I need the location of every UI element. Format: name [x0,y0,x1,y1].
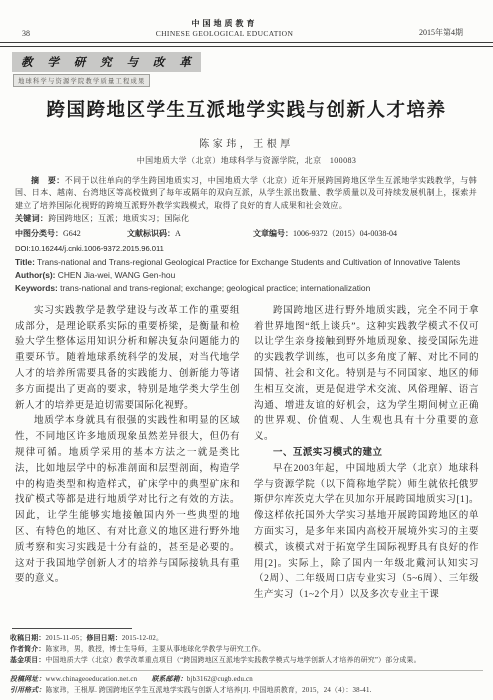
fund-text: 中国地质大学（北京）教学改革重点项目（“跨国跨地区互派地学实践教学模式与地学创新… [45,657,420,664]
fund-label: 基金项目： [10,657,45,664]
doc-code-value: A [175,229,181,238]
footnote-rule [10,670,483,671]
left-column: 实习实践教学是教学建设与改革工作的重要组成部分，是理论联系实际的重要桥梁，是衡量… [15,304,240,604]
issue-label: 2015年第4期 [419,27,463,38]
footnote-author-bio: 作者简介：陈家玮，男，教授，博士生导师，主要从事地球化学教学与研究工作。 [10,644,483,655]
email-label: 联系邮箱： [151,676,186,683]
article-no-label: 文章编号： [253,229,293,238]
journal-title-en: CHINESE GEOLOGICAL EDUCATION [156,29,294,38]
en-title-label: Title: [15,257,35,267]
citation-label: 引用格式： [10,687,45,694]
article-body: 实习实践教学是教学建设与改革工作的重要组成部分，是理论联系实际的重要桥梁，是衡量… [0,304,493,604]
en-title-line: Title: Trans-national and Trans-regional… [15,256,477,269]
footnote-divider [12,628,132,629]
english-meta-block: Title: Trans-national and Trans-regional… [15,256,477,295]
doc-code-label: 文献标识码： [127,229,175,238]
article-no-pair: 文章编号：1006-9372（2015）04-0038-04 [253,228,397,240]
keywords-label: 关键词： [15,214,48,223]
affiliation-line: 中国地质大学（北京）地球科学与资源学院，北京 100083 [0,155,493,166]
right-column: 跨国跨地区进行野外地质实践，完全不同于拿着世界地图“纸上谈兵”。这种实践教学模式… [254,304,479,604]
footnote-block: 收稿日期：2015-11-05；修回日期：2015-12-02。 作者简介：陈家… [0,628,493,696]
abstract-label: 摘 要： [31,176,65,185]
received-date: 2015-11-05； [45,635,86,642]
website-label: 投稿网址： [10,676,45,683]
journal-title: 中国地质教育 CHINESE GEOLOGICAL EDUCATION [156,19,294,38]
en-keywords-text: trans-national and trans-regional; excha… [60,283,370,293]
keywords-text: 跨国跨地区；互派；地质实习；国际化 [48,214,189,223]
citation-text: 陈家玮，王根厚. 跨国跨地区学生互派地学实践与创新人才培养[J]. 中国地质教育… [45,687,371,694]
footnote-dates: 收稿日期：2015-11-05；修回日期：2015-12-02。 [10,633,483,644]
paper-page: 38 中国地质教育 CHINESE GEOLOGICAL EDUCATION 2… [0,0,493,700]
body-paragraph-3: 跨国跨地区进行野外地质实践，完全不同于拿着世界地图“纸上谈兵”。这种实践教学模式… [254,304,479,446]
clc-label: 中图分类号： [15,229,63,238]
body-paragraph-2: 地质学本身就具有很强的实践性和明显的区域性，不同地区许多地质现象虽然差异很大，但… [15,414,240,588]
clc-value: G642 [63,229,81,238]
bio-label: 作者简介： [10,646,45,653]
authors-line: 陈家玮，王根厚 [0,135,493,150]
page-number: 38 [22,29,30,38]
bio-text: 陈家玮，男，教授，博士生导师，主要从事地球化学教学与研究工作。 [45,646,265,653]
en-authors-text: CHEN Jia-wei, WANG Gen-hou [58,270,175,280]
website-url: www.chinageoeducation.net.cn [45,676,137,683]
column-badge-block: 教 学 研 究 与 改 革 地球科学与资源学院教学质量工程成果 [0,47,493,87]
en-title-text: Trans-national and Trans-regional Geolog… [37,257,460,267]
article-title: 跨国跨地区学生互派地学实践与创新人才培养 [0,96,493,122]
footnote-fund: 基金项目：中国地质大学（北京）教学改革重点项目（“跨国跨地区互派地学实践教学模式… [10,655,483,666]
en-authors-line: Author(s): CHEN Jia-wei, WANG Gen-hou [15,269,477,282]
running-head: 38 中国地质教育 CHINESE GEOLOGICAL EDUCATION 2… [0,0,493,40]
body-paragraph-1: 实习实践教学是教学建设与改革工作的重要组成部分，是理论联系实际的重要桥梁，是衡量… [15,304,240,415]
footnote-contact: 投稿网址：www.chinageoeducation.net.cn 联系邮箱：b… [10,674,483,685]
en-authors-label: Author(s): [15,270,55,280]
keywords-line: 关键词：跨国跨地区；互派；地质实习；国际化 [15,213,477,226]
received-label: 收稿日期： [10,635,45,642]
column-badge: 教 学 研 究 与 改 革 [12,52,201,72]
abstract-paragraph: 摘 要：不同于以往单向的学生跨国地质实习，中国地质大学（北京）近年开展跨国跨地区… [15,175,477,213]
en-keywords-line: Keywords: trans-national and trans-regio… [15,282,477,295]
classification-line: 中图分类号：G642 文献标识码：A 文章编号：1006-9372（2015）0… [15,228,477,240]
revised-label: 修回日期： [86,635,121,642]
abstract-text: 不同于以往单向的学生跨国地质实习，中国地质大学（北京）近年开展跨国跨地区学生互派… [15,176,477,210]
article-no-value: 1006-9372（2015）04-0038-04 [293,229,397,238]
footnote-citation: 引用格式：陈家玮，王根厚. 跨国跨地区学生互派地学实践与创新人才培养[J]. 中… [10,685,483,696]
section-heading: 一、互派实习模式的建立 [254,446,479,462]
en-keywords-label: Keywords: [15,283,58,293]
revised-date: 2015-12-02。 [122,635,163,642]
column-badge-subtitle: 地球科学与资源学院教学质量工程成果 [13,74,150,87]
doc-code-pair: 文献标识码：A [127,228,253,240]
doi-line: DOI:10.16244/j.cnki.1006-9372.2015.96.01… [15,244,477,253]
body-paragraph-4: 早在2003年起，中国地质大学（北京）地球科学与资源学院（以下简称地学院）师生就… [254,462,479,604]
journal-title-cn: 中国地质教育 [156,19,294,29]
meta-block: 摘 要：不同于以往单向的学生跨国地质实习，中国地质大学（北京）近年开展跨国跨地区… [0,175,493,295]
email-address: bjb3162@cugb.edu.cn [187,676,253,683]
clc-pair: 中图分类号：G642 [15,228,127,240]
